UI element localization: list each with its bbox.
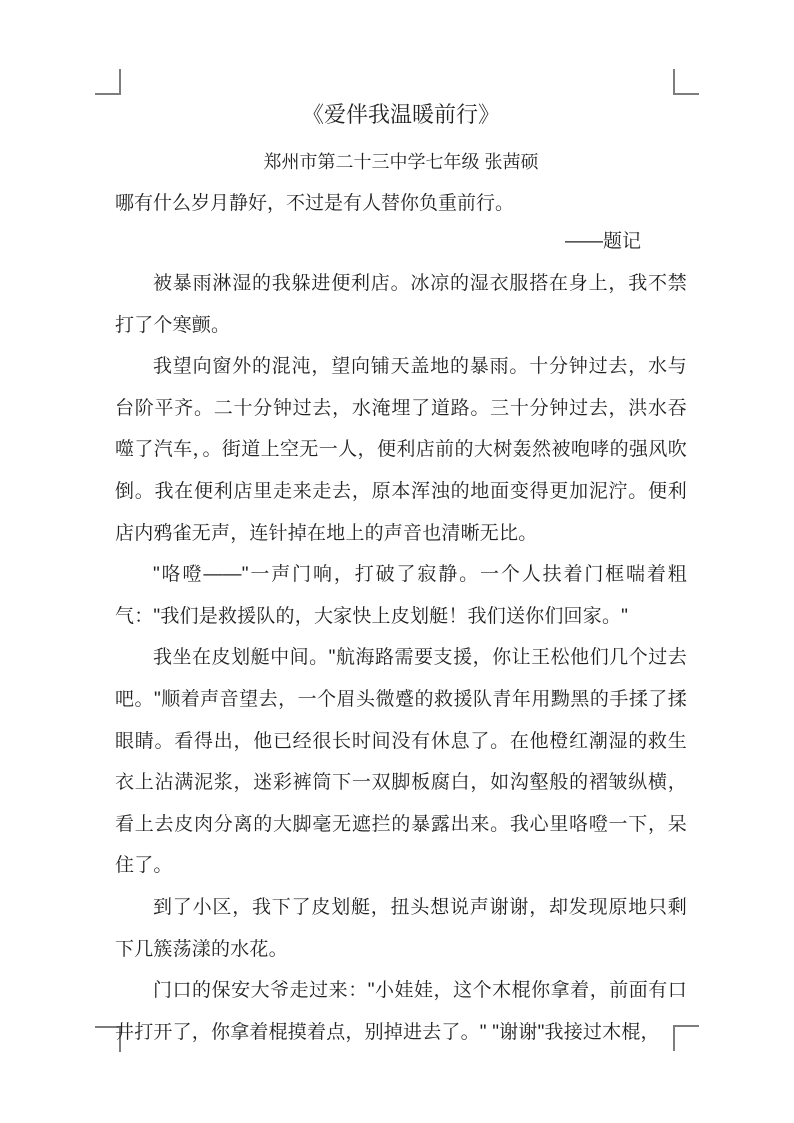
essay-byline: 郑州市第二十三中学七年级 张茜硕	[115, 141, 687, 183]
essay-body: 被暴雨淋湿的我躲进便利店。冰凉的湿衣服搭在身上，我不禁打了个寒颤。我望向窗外的混…	[115, 263, 687, 1053]
essay-title: 《爱伴我温暖前行》	[115, 95, 687, 135]
document-page: 《爱伴我温暖前行》 郑州市第二十三中学七年级 张茜硕 哪有什么岁月静好，不过是有…	[0, 0, 794, 1123]
body-paragraph: 门口的保安大爷走过来："小娃娃，这个木棍你拿着，前面有口井打开了，你拿着棍摸着点…	[115, 970, 687, 1053]
text-column: 《爱伴我温暖前行》 郑州市第二十三中学七年级 张茜硕 哪有什么岁月静好，不过是有…	[115, 95, 687, 1053]
body-paragraph: 被暴雨淋湿的我躲进便利店。冰凉的湿衣服搭在身上，我不禁打了个寒颤。	[115, 263, 687, 346]
body-paragraph: 我望向窗外的混沌，望向铺天盖地的暴雨。十分钟过去，水与台阶平齐。二十分钟过去，水…	[115, 346, 687, 554]
body-paragraph: 我坐在皮划艇中间。"航海路需要支援，你让王松他们几个过去吧。"顺着声音望去，一个…	[115, 637, 687, 887]
body-paragraph: "咯噔——"一声门响，打破了寂静。一个人扶着门框喘着粗气："我们是救援队的，大家…	[115, 554, 687, 637]
crop-mark-top-left	[95, 69, 121, 95]
body-paragraph: 到了小区，我下了皮划艇，扭头想说声谢谢，却发现原地只剩下几簇荡漾的水花。	[115, 887, 687, 970]
epigraph-signature: ——题记	[115, 225, 687, 259]
crop-mark-top-right	[673, 69, 699, 95]
epigraph-text: 哪有什么岁月静好，不过是有人替你负重前行。	[115, 183, 687, 225]
